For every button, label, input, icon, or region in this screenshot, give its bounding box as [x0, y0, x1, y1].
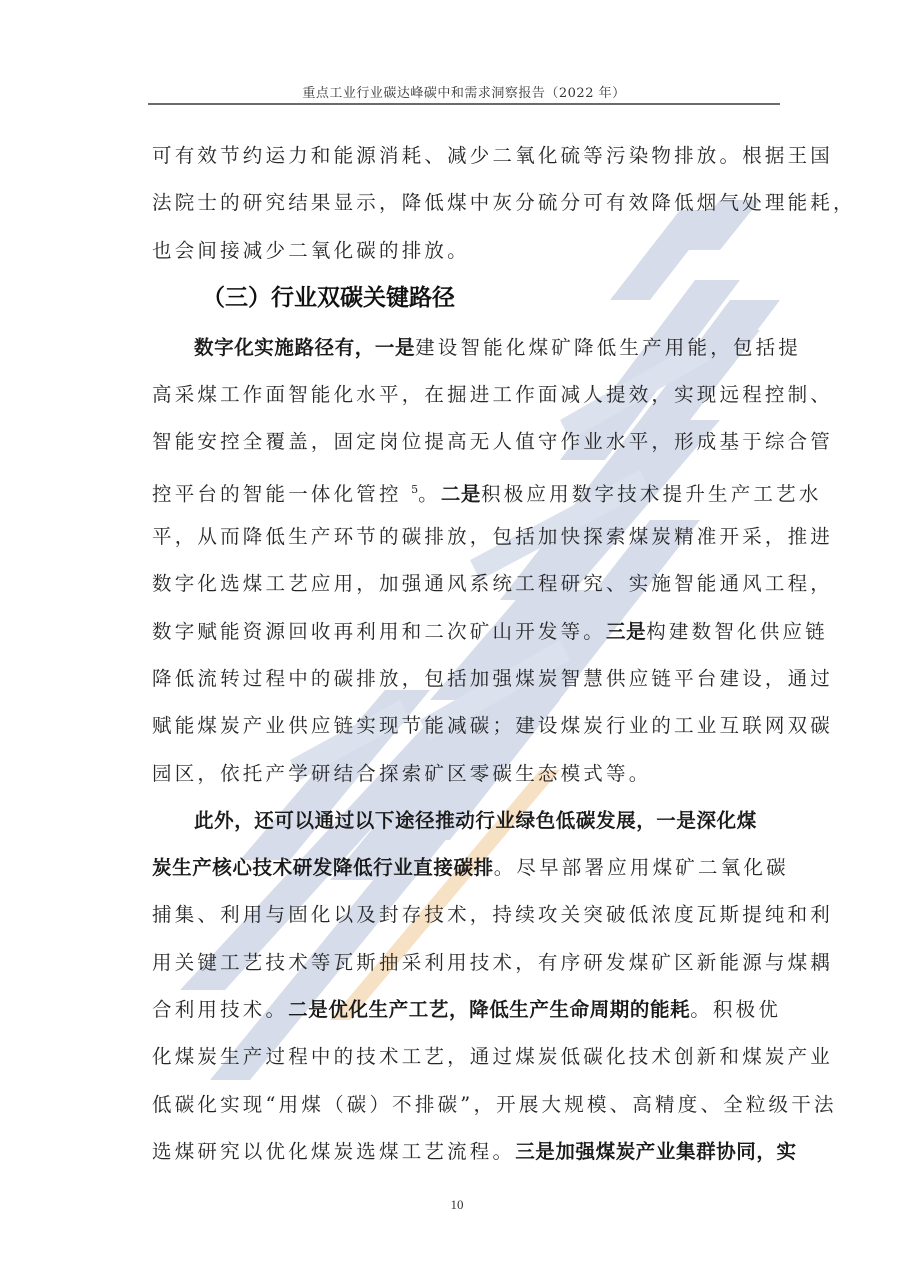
header-divider	[148, 103, 780, 105]
text-line: 可有效节约运力和能源消耗、减少二氧化硫等污染物排放。根据王国	[152, 138, 782, 185]
text-line: 此外，还可以通过以下途径推动行业绿色低碳发展，一是深化煤	[152, 803, 782, 850]
document-page: 重点工业行业碳达峰碳中和需求洞察报告（2022 年） 可有效节约运力和能源消耗、…	[0, 0, 914, 1276]
text-line: 数字化选煤工艺应用，加强通风系统工程研究、实施智能通风工程，	[152, 566, 782, 613]
text-line: 低碳化实现“用煤（碳）不排碳”，开展大规模、高精度、全粒级干法	[152, 1087, 782, 1134]
text-line: 用关键工艺技术等瓦斯抽采利用技术，有序研发煤矿区新能源与煤耦	[152, 945, 782, 992]
running-header: 重点工业行业碳达峰碳中和需求洞察报告（2022 年）	[148, 82, 780, 101]
paragraph-digital-path: 数字化实施路径有，一是建设智能化煤矿降低生产用能，包括提 高采煤工作面智能化水平…	[152, 330, 782, 803]
paragraph-green-development: 此外，还可以通过以下途径推动行业绿色低碳发展，一是深化煤 炭生产核心技术研发降低…	[152, 803, 782, 1181]
page-number: 10	[0, 1197, 914, 1213]
text-line: 平，从而降低生产环节的碳排放，包括加快探索煤炭精准开采，推进	[152, 519, 782, 566]
text-line: 化煤炭生产过程中的技术工艺，通过煤炭低碳化技术创新和煤炭产业	[152, 1039, 782, 1086]
text-line: 园区，依托产学研结合探索矿区零碳生态模式等。	[152, 756, 782, 803]
text-line: 赋能煤炭产业供应链实现节能减碳；建设煤炭行业的工业互联网双碳	[152, 708, 782, 755]
text-line: 数字化实施路径有，一是建设智能化煤矿降低生产用能，包括提	[152, 330, 782, 377]
text-line: 合利用技术。二是优化生产工艺，降低生产生命周期的能耗。积极优	[152, 992, 782, 1039]
text-line: 捕集、利用与固化以及封存技术，持续攻关突破低浓度瓦斯提纯和利	[152, 897, 782, 944]
text-line: 选煤研究以优化煤炭选煤工艺流程。三是加强煤炭产业集群协同，实	[152, 1134, 782, 1181]
text-line: 智能安控全覆盖，固定岗位提高无人值守作业水平，形成基于综合管	[152, 424, 782, 471]
text-line: 也会间接减少二氧化碳的排放。	[152, 233, 782, 280]
text-line: 炭生产核心技术研发降低行业直接碳排。尽早部署应用煤矿二氧化碳	[152, 850, 782, 897]
text-line: 控平台的智能一体化管控 5。二是积极应用数字技术提升生产工艺水	[152, 472, 782, 519]
section-heading: （三）行业双碳关键路径	[152, 280, 782, 330]
text-line: 高采煤工作面智能化水平，在掘进工作面减人提效，实现远程控制、	[152, 377, 782, 424]
document-body: 可有效节约运力和能源消耗、减少二氧化硫等污染物排放。根据王国 法院士的研究结果显…	[152, 138, 782, 1181]
text-line: 降低流转过程中的碳排放，包括加强煤炭智慧供应链平台建设，通过	[152, 661, 782, 708]
text-line: 数字赋能资源回收再利用和二次矿山开发等。三是构建数智化供应链	[152, 614, 782, 661]
text-line: 法院士的研究结果显示，降低煤中灰分硫分可有效降低烟气处理能耗，	[152, 185, 782, 232]
